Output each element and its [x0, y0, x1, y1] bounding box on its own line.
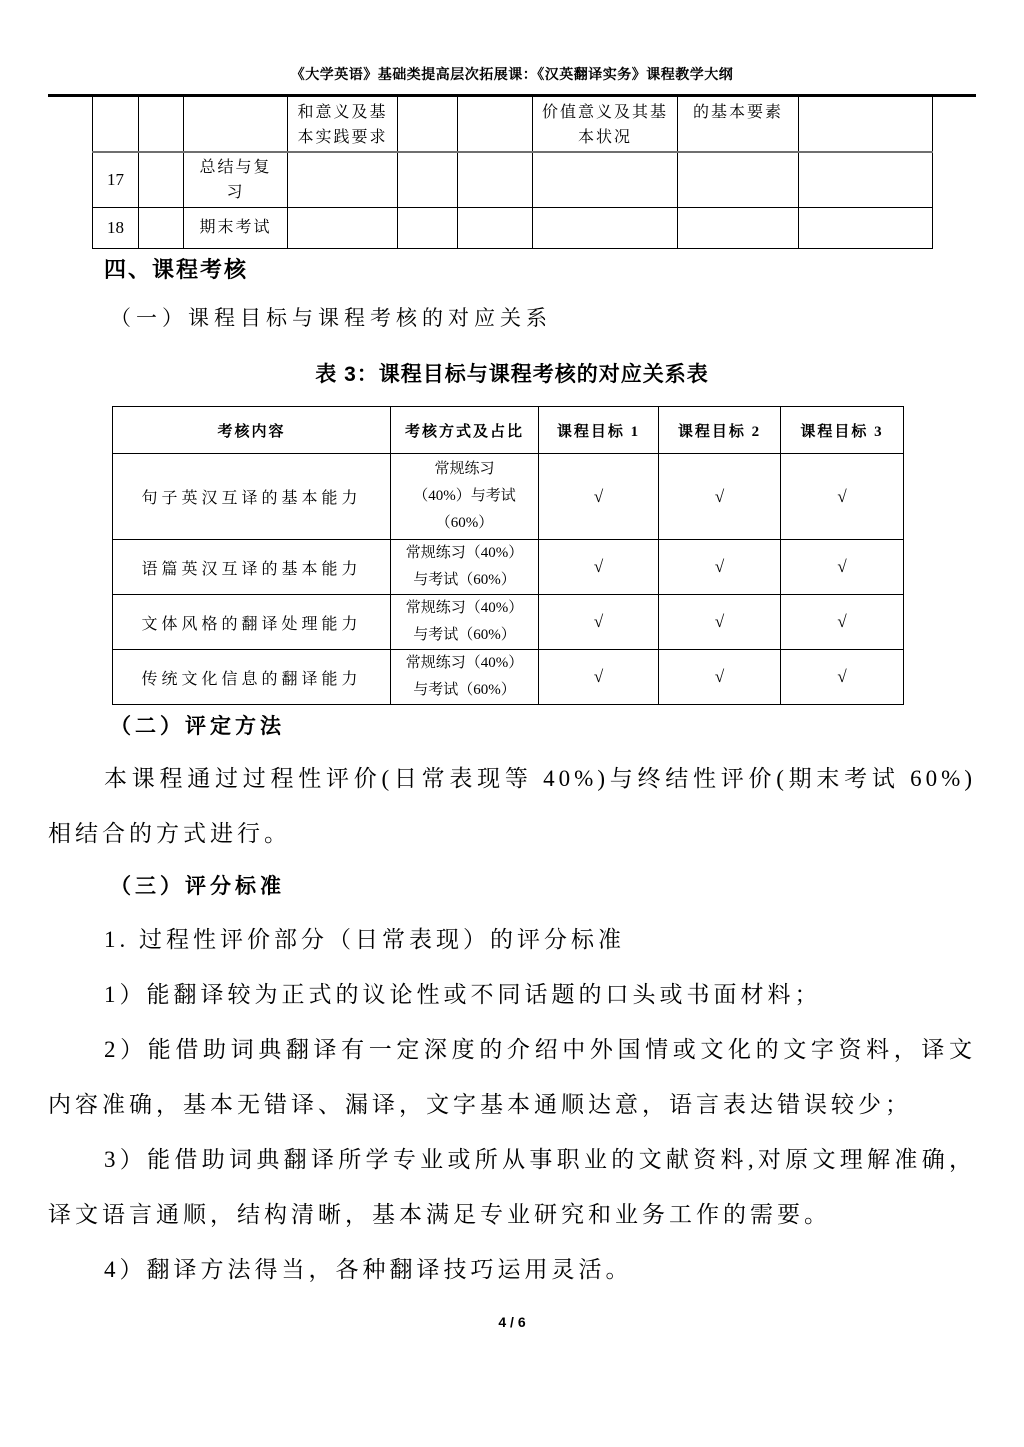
cell-empty — [288, 207, 398, 248]
checkmark-goal3: √ — [781, 595, 904, 650]
cell-assess-method: 常规练习（40%） 与考试（60%） — [391, 540, 539, 595]
cell-value-cont: 价值意义及其基本状况 — [533, 97, 678, 152]
subsection-3-title: （三）评分标准 — [110, 871, 285, 901]
evaluation-method-paragraph: 本课程通过过程性评价(日常表现等 40%)与终结性评价(期末考试 60%)相结合… — [48, 751, 976, 861]
method-line: 常规练习（40%） — [395, 595, 534, 622]
cell-empty — [458, 207, 533, 248]
schedule-table: 和意义及基本实践要求 价值意义及其基本状况 的基本要素 17 总结与复习 18 … — [92, 97, 933, 249]
checkmark-goal2: √ — [659, 454, 781, 540]
method-line: （60%） — [395, 510, 534, 537]
checkmark-goal1: √ — [539, 540, 659, 595]
scoring-item: 3）能借助词典翻译所学专业或所从事职业的文献资料,对原文理解准确，译文语言通顺，… — [48, 1132, 976, 1242]
checkmark-goal1: √ — [539, 595, 659, 650]
header-cell-goal1: 课程目标 1 — [539, 407, 659, 454]
cell-assess-method: 常规练习（40%） 与考试（60%） — [391, 650, 539, 705]
cell-assess-content: 传统文化信息的翻译能力 — [113, 650, 391, 705]
cell-empty — [288, 152, 398, 207]
header-cell-method: 考核方式及占比 — [391, 407, 539, 454]
cell-topic — [184, 97, 288, 152]
assessment-table: 考核内容 考核方式及占比 课程目标 1 课程目标 2 课程目标 3 句子英汉互译… — [112, 406, 904, 705]
checkmark-goal2: √ — [659, 650, 781, 705]
cell-week — [93, 97, 139, 152]
table-row-18: 18 期末考试 — [93, 207, 933, 248]
cell-assess-content: 语篇英汉互译的基本能力 — [113, 540, 391, 595]
scoring-item: 1）能翻译较为正式的议论性或不同话题的口头或书面材料； — [48, 967, 976, 1022]
header-cell-goal3: 课程目标 3 — [781, 407, 904, 454]
checkmark-goal3: √ — [781, 540, 904, 595]
method-line: 与考试（60%） — [395, 622, 534, 649]
document-page: 《大学英语》基础类提高层次拓展课：《汉英翻译实务》课程教学大纲 和意义及基本实践… — [0, 0, 1024, 1447]
cell-topic: 总结与复习 — [184, 152, 288, 207]
cell-empty — [799, 207, 933, 248]
checkmark-goal2: √ — [659, 540, 781, 595]
method-line: （40%）与考试 — [395, 483, 534, 510]
table-row: 句子英汉互译的基本能力 常规练习 （40%）与考试 （60%） √ √ √ — [113, 454, 904, 540]
cell-assess-method: 常规练习（40%） 与考试（60%） — [391, 595, 539, 650]
section-title: 四、课程考核 — [104, 255, 248, 285]
cell-empty — [799, 97, 933, 152]
table-row-carryover: 和意义及基本实践要求 价值意义及其基本状况 的基本要素 — [93, 97, 933, 152]
method-line: 常规练习（40%） — [395, 650, 534, 677]
header-cell-content: 考核内容 — [113, 407, 391, 454]
table-row: 传统文化信息的翻译能力 常规练习（40%） 与考试（60%） √ √ √ — [113, 650, 904, 705]
table3-caption: 表 3：课程目标与课程考核的对应关系表 — [0, 360, 1024, 390]
scoring-item: 4）翻译方法得当，各种翻译技巧运用灵活。 — [48, 1242, 976, 1297]
cell-assess-content: 文体风格的翻译处理能力 — [113, 595, 391, 650]
page-header-title: 《大学英语》基础类提高层次拓展课：《汉英翻译实务》课程教学大纲 — [0, 62, 1024, 86]
cell-empty — [533, 152, 678, 207]
cell-empty — [139, 207, 184, 248]
cell-empty — [398, 152, 458, 207]
cell-assess-content: 句子英汉互译的基本能力 — [113, 454, 391, 540]
checkmark-goal2: √ — [659, 595, 781, 650]
cell-empty — [458, 152, 533, 207]
method-line: 与考试（60%） — [395, 567, 534, 594]
header-cell-goal2: 课程目标 2 — [659, 407, 781, 454]
subsection-1-title: （一）课程目标与课程考核的对应关系 — [110, 303, 552, 333]
cell-empty — [678, 207, 799, 248]
cell-empty — [398, 97, 458, 152]
cell-empty — [799, 152, 933, 207]
cell-empty — [139, 152, 184, 207]
table-row: 语篇英汉互译的基本能力 常规练习（40%） 与考试（60%） √ √ √ — [113, 540, 904, 595]
cell-empty — [533, 207, 678, 248]
table-row: 文体风格的翻译处理能力 常规练习（40%） 与考试（60%） √ √ √ — [113, 595, 904, 650]
cell-empty — [139, 97, 184, 152]
method-line: 常规练习 — [395, 456, 534, 483]
cell-week: 17 — [93, 152, 139, 207]
assessment-header-row: 考核内容 考核方式及占比 课程目标 1 课程目标 2 课程目标 3 — [113, 407, 904, 454]
cell-empty — [398, 207, 458, 248]
cell-empty — [678, 152, 799, 207]
subsection-2-title: （二）评定方法 — [110, 711, 285, 741]
cell-week: 18 — [93, 207, 139, 248]
checkmark-goal1: √ — [539, 650, 659, 705]
checkmark-goal1: √ — [539, 454, 659, 540]
table-row-17: 17 总结与复习 — [93, 152, 933, 207]
scoring-item: 1. 过程性评价部分（日常表现）的评分标准 — [48, 912, 976, 967]
cell-topic: 期末考试 — [184, 207, 288, 248]
cell-elements-cont: 的基本要素 — [678, 97, 799, 152]
page-number: 4 / 6 — [0, 1314, 1024, 1330]
cell-assess-method: 常规练习 （40%）与考试 （60%） — [391, 454, 539, 540]
scoring-item: 2）能借助词典翻译有一定深度的介绍中外国情或文化的文字资料，译文内容准确，基本无… — [48, 1022, 976, 1132]
checkmark-goal3: √ — [781, 650, 904, 705]
method-line: 与考试（60%） — [395, 677, 534, 704]
method-line: 常规练习（40%） — [395, 540, 534, 567]
cell-empty — [458, 97, 533, 152]
cell-objective-cont: 和意义及基本实践要求 — [288, 97, 398, 152]
checkmark-goal3: √ — [781, 454, 904, 540]
